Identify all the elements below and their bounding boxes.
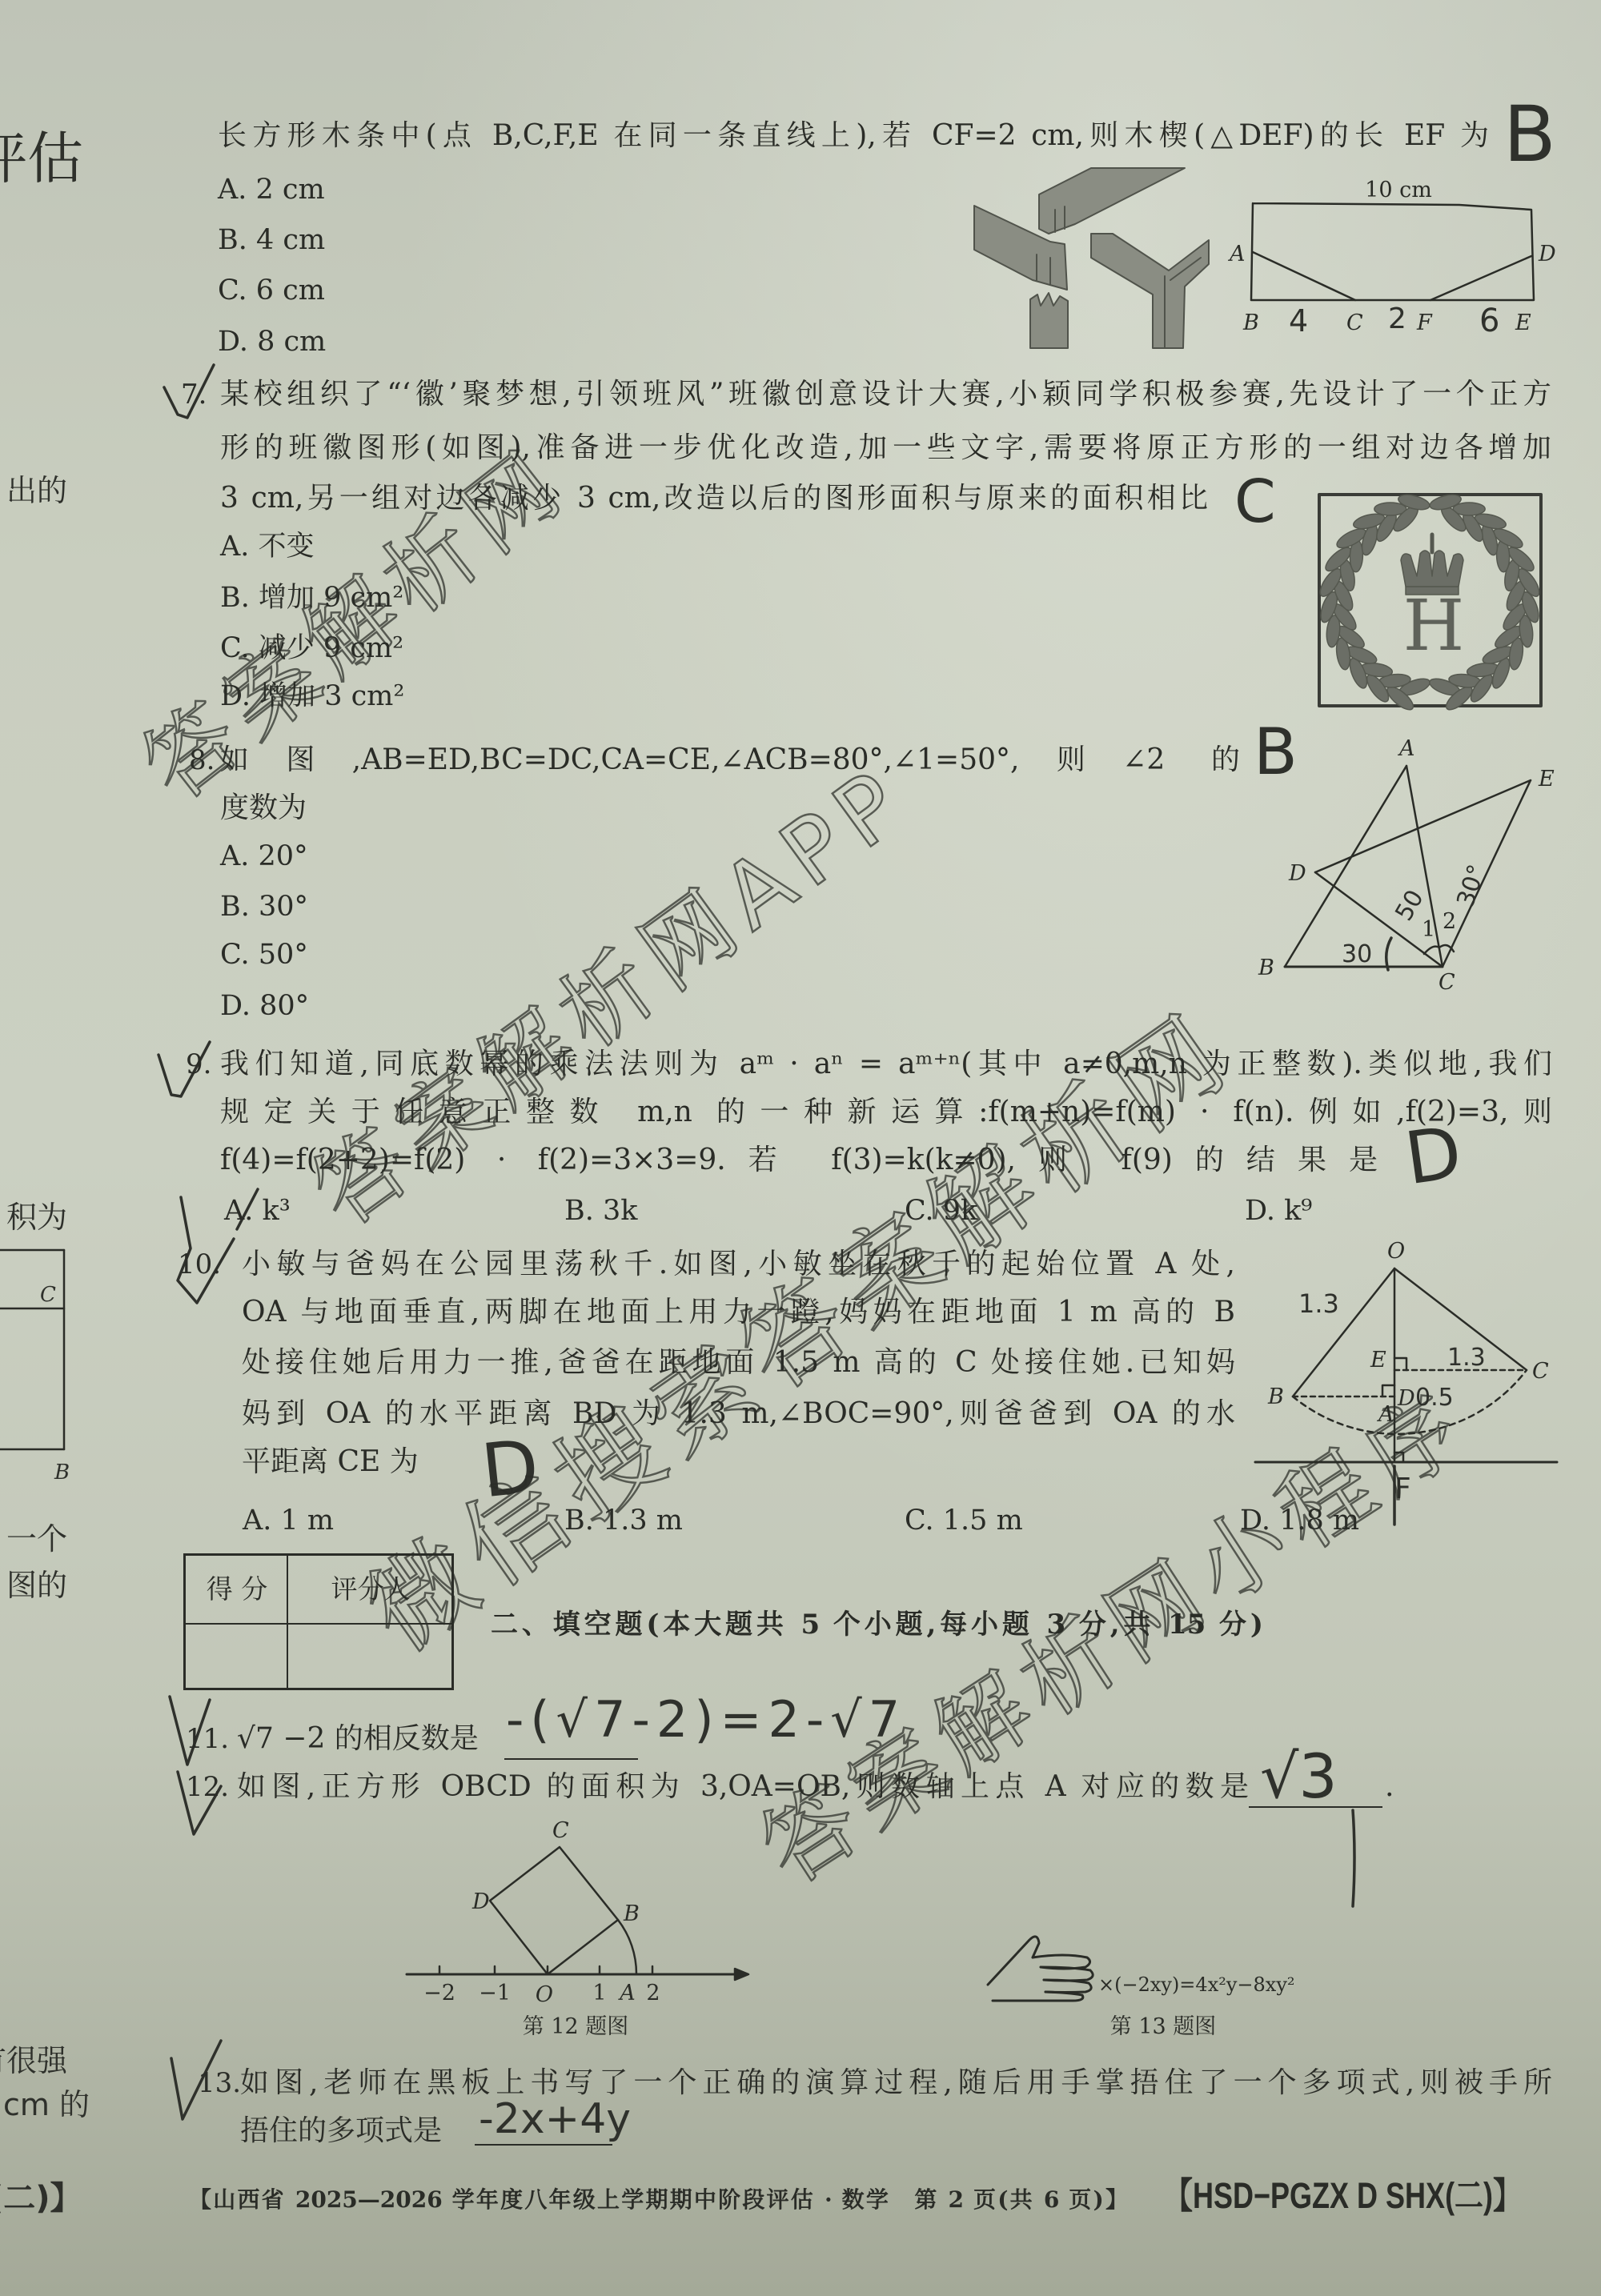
- q7-handwritten-answer: C: [1234, 472, 1276, 531]
- margin-fragment: 积为: [6, 1200, 67, 1235]
- q8-point-d: D: [1288, 861, 1306, 886]
- q10-option-c: C. 1.5 m: [905, 1503, 1023, 1538]
- q12-tick-1: 1: [592, 1981, 606, 2005]
- q6-joint-illustration: [974, 168, 1209, 348]
- q12-tick-origin: O: [536, 1982, 553, 2007]
- q8-stem-line-2: 度数为: [220, 791, 307, 826]
- q8-handwritten-answer: B: [1254, 720, 1298, 784]
- q6-point-f: F: [1416, 311, 1433, 335]
- q8-point-a: A: [1397, 736, 1415, 761]
- q10-option-a: A. 1 m: [243, 1503, 334, 1538]
- q8-point-c: C: [1438, 970, 1455, 995]
- q6-stem-line: 长方形木条中(点 B,C,F,E 在同一条直线上),若 CF=2 cm,则木楔(…: [218, 118, 1489, 154]
- margin-fragment: cm 的: [3, 2087, 90, 2122]
- q10-point-b: B: [1267, 1384, 1284, 1409]
- margin-figure-label-b: B: [54, 1455, 70, 1490]
- q8-option-a: A. 20°: [220, 839, 308, 874]
- score-box-divider: [287, 1556, 288, 1688]
- q13-figure-caption: 第 13 题图: [1110, 2014, 1217, 2039]
- q13-number: 13.: [198, 2066, 241, 2101]
- margin-fragment: 有很强: [0, 2043, 67, 2078]
- q12-number: 12.: [186, 1769, 229, 1805]
- q6-point-e: E: [1515, 311, 1531, 335]
- margin-fragment: 一个: [6, 1521, 67, 1557]
- q6-strip-diagram: [1251, 203, 1534, 300]
- q12-tick-neg2: −2: [423, 1981, 455, 2005]
- q9-option-b: B. 3k: [564, 1193, 637, 1228]
- q12-tick-neg1: −1: [479, 1981, 511, 2005]
- q6-point-a: A: [1227, 242, 1246, 266]
- q6-option-d: D. 8 cm: [218, 324, 326, 359]
- q13-hand-icon: [988, 1937, 1093, 2001]
- q10-point-o: O: [1387, 1239, 1405, 1264]
- q13-stem-line-2: 捂住的多项式是: [240, 2114, 442, 2149]
- q13-stem-line-1: 如图,老师在黑板上书写了一个正确的演算过程,随后用手掌捂住了一个多项式,则被手所: [240, 2066, 1552, 2101]
- q12-answer-tail: [1353, 1810, 1354, 1906]
- q7-option-a: A. 不变: [220, 529, 315, 564]
- q8-triangle-figure: [1285, 766, 1531, 967]
- q11-handwritten-answer: -(√7-2)=2-√7: [506, 1695, 906, 1745]
- q10-handwritten-ob: 1.3: [1298, 1288, 1339, 1319]
- q7-stem-line-2: 形的班徽图形(如图),准备进一步优化改造,加一些文字,需要将原正方形的一组对边各…: [220, 431, 1551, 466]
- q8-angle-2: 2: [1443, 909, 1456, 934]
- margin-title-fragment: 评估: [0, 128, 83, 189]
- exam-page: 10 cm A D B C F E 4 2 6 H A E D B C 1 2 …: [0, 0, 1601, 2296]
- q8-option-d: D. 80°: [220, 988, 309, 1024]
- q8-handwritten-angle-b: 30: [1342, 940, 1372, 968]
- q9-option-d: D. k⁹: [1245, 1193, 1312, 1228]
- margin-figure-label-c: C: [40, 1277, 56, 1312]
- q8-angle-1: 1: [1422, 917, 1435, 942]
- q12-point-a: A: [617, 1981, 636, 2005]
- q11-stem: √7 −2 的相反数是: [237, 1721, 479, 1757]
- q13-answer-blank: [475, 2144, 612, 2146]
- q6-option-b: B. 4 cm: [218, 222, 325, 258]
- q11-number: 11.: [186, 1721, 229, 1757]
- q12-stem-end: .: [1385, 1769, 1394, 1805]
- q12-vertex-c: C: [552, 1818, 569, 1843]
- q9-handwritten-answer: D: [1401, 1117, 1466, 1196]
- q6-handwritten-cf: 2: [1388, 303, 1406, 335]
- q8-option-b: B. 30°: [220, 889, 308, 924]
- q6-handwritten-answer: B: [1503, 96, 1556, 173]
- q10-handwritten-ce: 1.3: [1447, 1344, 1486, 1372]
- q7-emblem-letter: H: [1403, 584, 1465, 667]
- q6-option-c: C. 6 cm: [218, 273, 325, 308]
- q6-point-d: D: [1538, 242, 1556, 266]
- q9-number: 9.: [186, 1047, 211, 1082]
- q11-answer-blank: [504, 1758, 638, 1760]
- q12-tick-2: 2: [646, 1981, 660, 2005]
- q10-number: 10.: [178, 1247, 221, 1282]
- q9-option-a: A. k³: [224, 1193, 291, 1228]
- q8-stem-line-1: 如图,AB=ED,BC=DC,CA=CE,∠ACB=80°,∠1=50°,则∠2…: [220, 743, 1240, 778]
- q7-stem-line-1: 某校组织了“‘徽’聚梦想,引领班风”班徽创意设计大赛,小颖同学积极参赛,先设计了…: [220, 377, 1551, 412]
- q8-point-b: B: [1258, 956, 1274, 980]
- q10-stem-line-5: 平距离 CE 为: [242, 1445, 419, 1480]
- q7-number: 7.: [181, 377, 207, 412]
- q12-stem: 如图,正方形 OBCD 的面积为 3,OA=OB,则数轴上点 A 对应的数是: [237, 1769, 1249, 1805]
- q6-width-label: 10 cm: [1365, 178, 1432, 202]
- q6-option-a: A. 2 cm: [218, 172, 325, 207]
- q12-handwritten-answer: √3: [1260, 1746, 1338, 1807]
- q6-point-c: C: [1346, 311, 1363, 335]
- q12-vertex-b: B: [623, 1901, 640, 1926]
- q8-option-c: C. 50°: [220, 937, 308, 972]
- q8-handwritten-angle2: 30°: [1451, 861, 1491, 910]
- margin-fragment: (二)】: [0, 2181, 82, 2216]
- q13-handwritten-answer: -2x+4y: [479, 2098, 631, 2140]
- margin-fragment: 出的: [6, 473, 67, 508]
- q6-handwritten-fe: 6: [1479, 303, 1499, 339]
- score-header: 得 分: [195, 1572, 279, 1607]
- q6-point-b: B: [1242, 311, 1259, 335]
- q12-figure-caption: 第 12 题图: [523, 2014, 629, 2039]
- q6-handwritten-bc: 4: [1289, 303, 1308, 339]
- q7-stem-line-3: 3 cm,另一组对边各减少 3 cm,改造以后的图形面积与原来的面积相比: [220, 481, 1208, 516]
- q10-point-e: E: [1370, 1348, 1386, 1372]
- q8-point-e: E: [1538, 767, 1555, 791]
- margin-fragment: 图的: [6, 1568, 67, 1603]
- q12-vertex-d: D: [471, 1889, 490, 1914]
- footer-exam-code: 【HSD−PGZX D SHX(二)】: [1164, 2174, 1522, 2218]
- q10-stem-line-1: 小敏与爸妈在公园里荡秋千.如图,小敏坐在秋千的起始位置 A 处,: [242, 1247, 1235, 1282]
- footer-exam-info: 【山西省 2025—2026 学年度八年级上学期期中阶段评估 · 数学 第 2 …: [189, 2182, 1128, 2218]
- q13-expression: ×(−2xy)=4x²y−8xy²: [1098, 1973, 1295, 1996]
- q10-point-c: C: [1532, 1359, 1549, 1384]
- q12-number-line-figure: [407, 1847, 748, 1980]
- q8-handwritten-arc: [1386, 938, 1391, 970]
